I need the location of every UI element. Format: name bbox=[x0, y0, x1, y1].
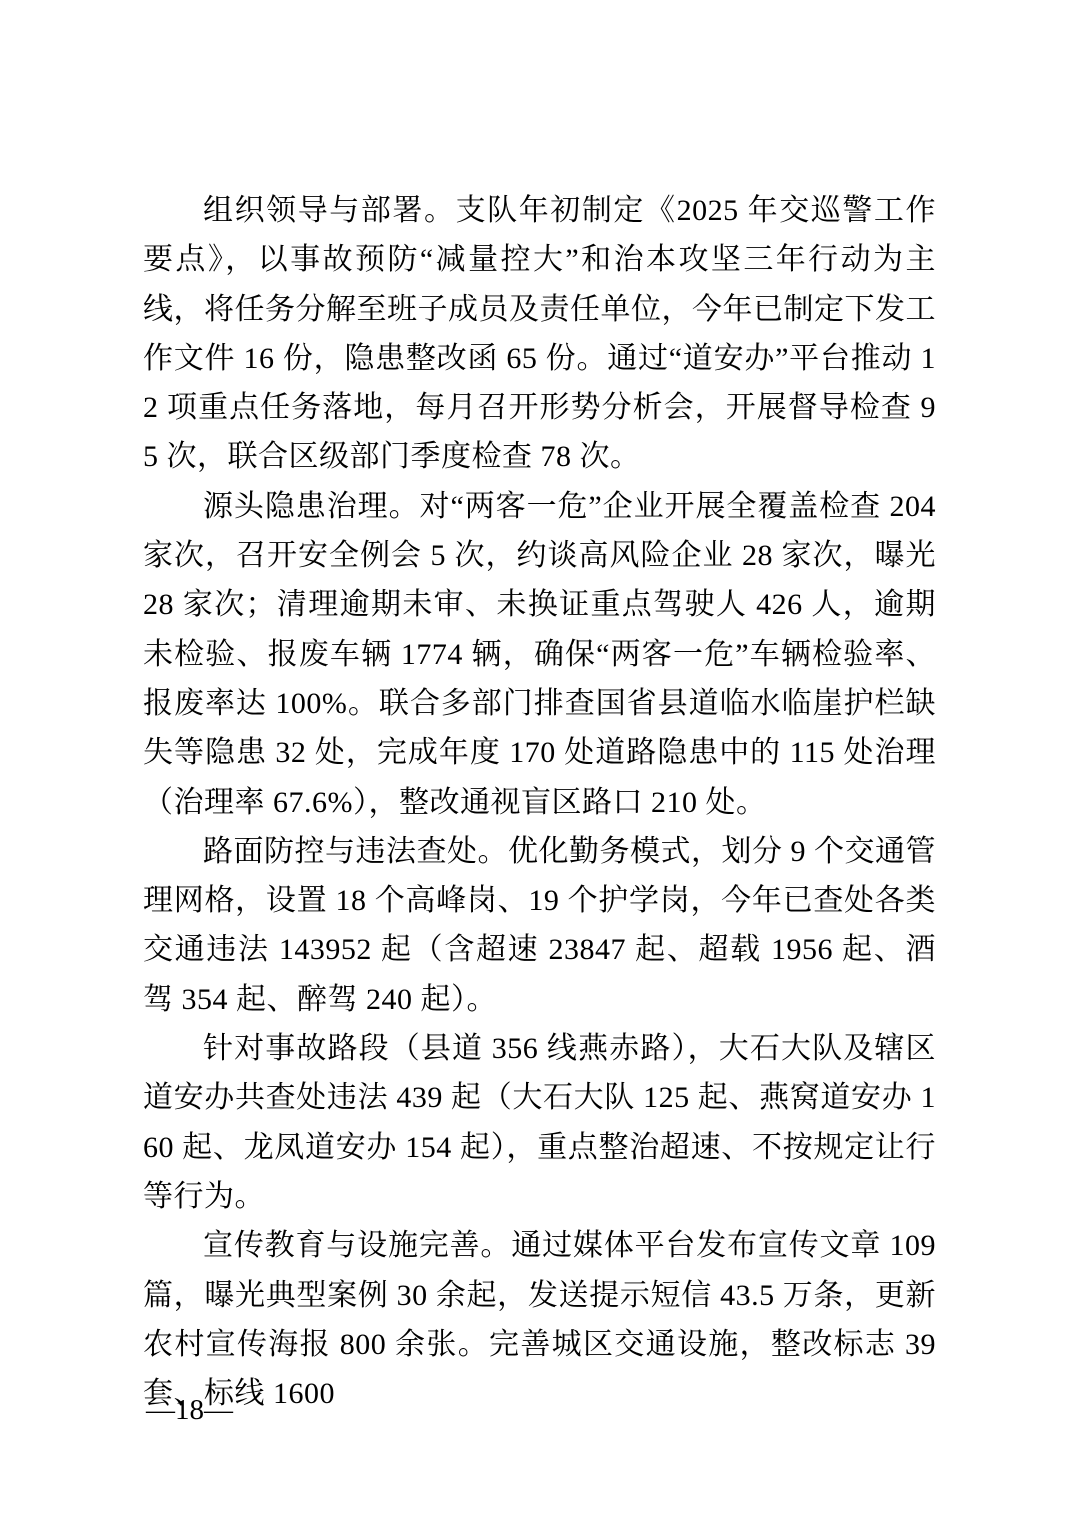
page-number: —18— bbox=[146, 1390, 233, 1430]
body-paragraph: 源头隐患治理。对“两客一危”企业开展全覆盖检查 204 家次，召开安全例会 5 … bbox=[143, 482, 936, 827]
body-paragraph: 针对事故路段（县道 356 线燕赤路），大石大队及辖区道安办共查处违法 439 … bbox=[143, 1024, 936, 1221]
body-paragraph: 组织领导与部署。支队年初制定《2025 年交巡警工作要点》，以事故预防“减量控大… bbox=[143, 186, 936, 482]
document-body: 组织领导与部署。支队年初制定《2025 年交巡警工作要点》，以事故预防“减量控大… bbox=[143, 186, 936, 1418]
body-paragraph: 宣传教育与设施完善。通过媒体平台发布宣传文章 109 篇，曝光典型案例 30 余… bbox=[143, 1221, 936, 1418]
body-paragraph: 路面防控与违法查处。优化勤务模式，划分 9 个交通管理网格，设置 18 个高峰岗… bbox=[143, 827, 936, 1024]
document-page: 组织领导与部署。支队年初制定《2025 年交巡警工作要点》，以事故预防“减量控大… bbox=[0, 0, 1074, 1520]
